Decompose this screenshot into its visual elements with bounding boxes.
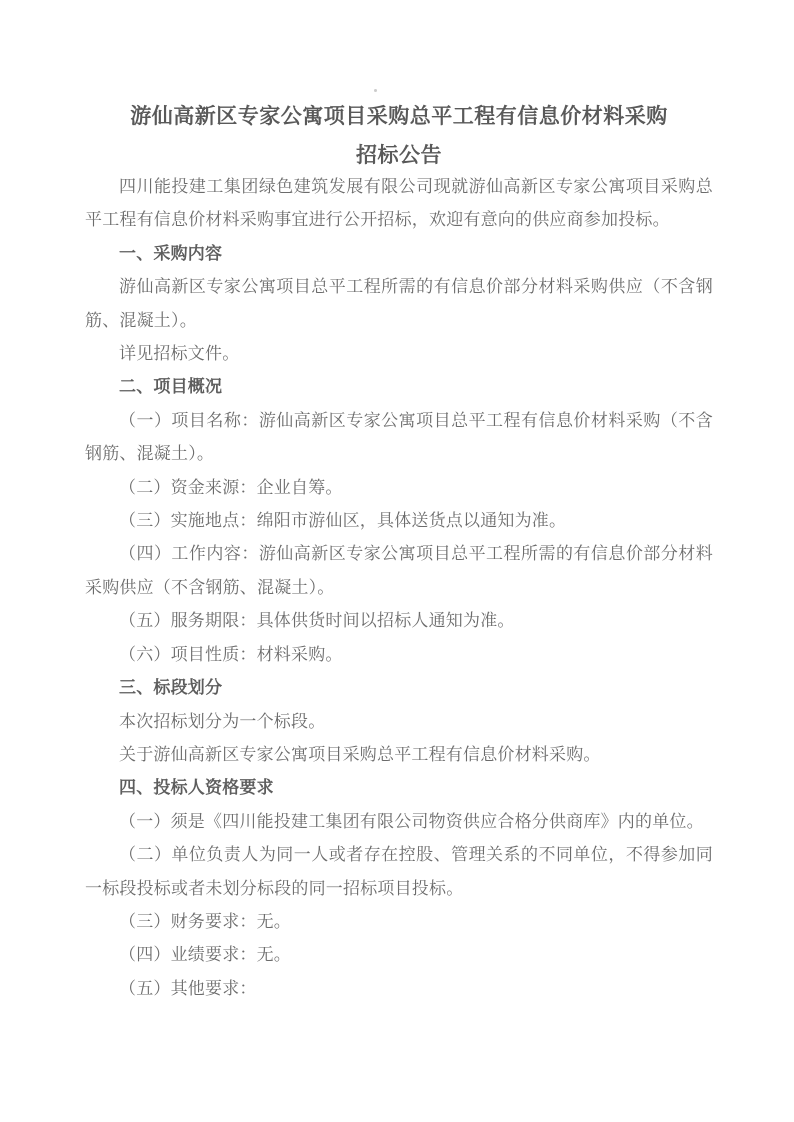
section-4-heading: 四、投标人资格要求 bbox=[85, 771, 713, 804]
section-4-paragraph: （一）须是《四川能投建工集团有限公司物资供应合格分供商库》内的单位。 bbox=[85, 805, 713, 838]
section-2-paragraph: （二）资金来源：企业自筹。 bbox=[85, 471, 713, 504]
document-content: 游仙高新区专家公寓项目采购总平工程有信息价材料采购 招标公告 四川能投建工集团绿… bbox=[85, 0, 713, 1005]
section-3-paragraph: 关于游仙高新区专家公寓项目采购总平工程有信息价材料采购。 bbox=[85, 738, 713, 771]
document-title-line1: 游仙高新区专家公寓项目采购总平工程有信息价材料采购 bbox=[85, 103, 713, 131]
section-2-paragraph: （三）实施地点：绵阳市游仙区，具体送货点以通知为准。 bbox=[85, 504, 713, 537]
section-2-heading: 二、项目概况 bbox=[85, 370, 713, 403]
section-1-paragraph: 详见招标文件。 bbox=[85, 337, 713, 370]
section-4-paragraph: （四）业绩要求：无。 bbox=[85, 938, 713, 971]
section-3-heading: 三、标段划分 bbox=[85, 671, 713, 704]
section-4-paragraph: （五）其他要求： bbox=[85, 972, 713, 1005]
section-2-paragraph: （五）服务期限：具体供货时间以招标人通知为准。 bbox=[85, 604, 713, 637]
section-2-paragraph: （四）工作内容：游仙高新区专家公寓项目总平工程所需的有信息价部分材料采购供应（不… bbox=[85, 537, 713, 604]
section-2-paragraph: （六）项目性质：材料采购。 bbox=[85, 638, 713, 671]
section-2-paragraph: （一）项目名称：游仙高新区专家公寓项目总平工程有信息价材料采购（不含钢筋、混凝土… bbox=[85, 404, 713, 471]
section-1-paragraph: 游仙高新区专家公寓项目总平工程所需的有信息价部分材料采购供应（不含钢筋、混凝土）… bbox=[85, 270, 713, 337]
section-3-paragraph: 本次招标划分为一个标段。 bbox=[85, 705, 713, 738]
section-4-paragraph: （三）财务要求：无。 bbox=[85, 905, 713, 938]
intro-paragraph: 四川能投建工集团绿色建筑发展有限公司现就游仙高新区专家公寓项目采购总平工程有信息… bbox=[85, 170, 713, 237]
document-page: 游仙高新区专家公寓项目采购总平工程有信息价材料采购 招标公告 四川能投建工集团绿… bbox=[0, 0, 794, 1122]
section-4-paragraph: （二）单位负责人为同一人或者存在控股、管理关系的不同单位，不得参加同一标段投标或… bbox=[85, 838, 713, 905]
section-1-heading: 一、采购内容 bbox=[85, 237, 713, 270]
document-title-line2: 招标公告 bbox=[85, 142, 713, 170]
